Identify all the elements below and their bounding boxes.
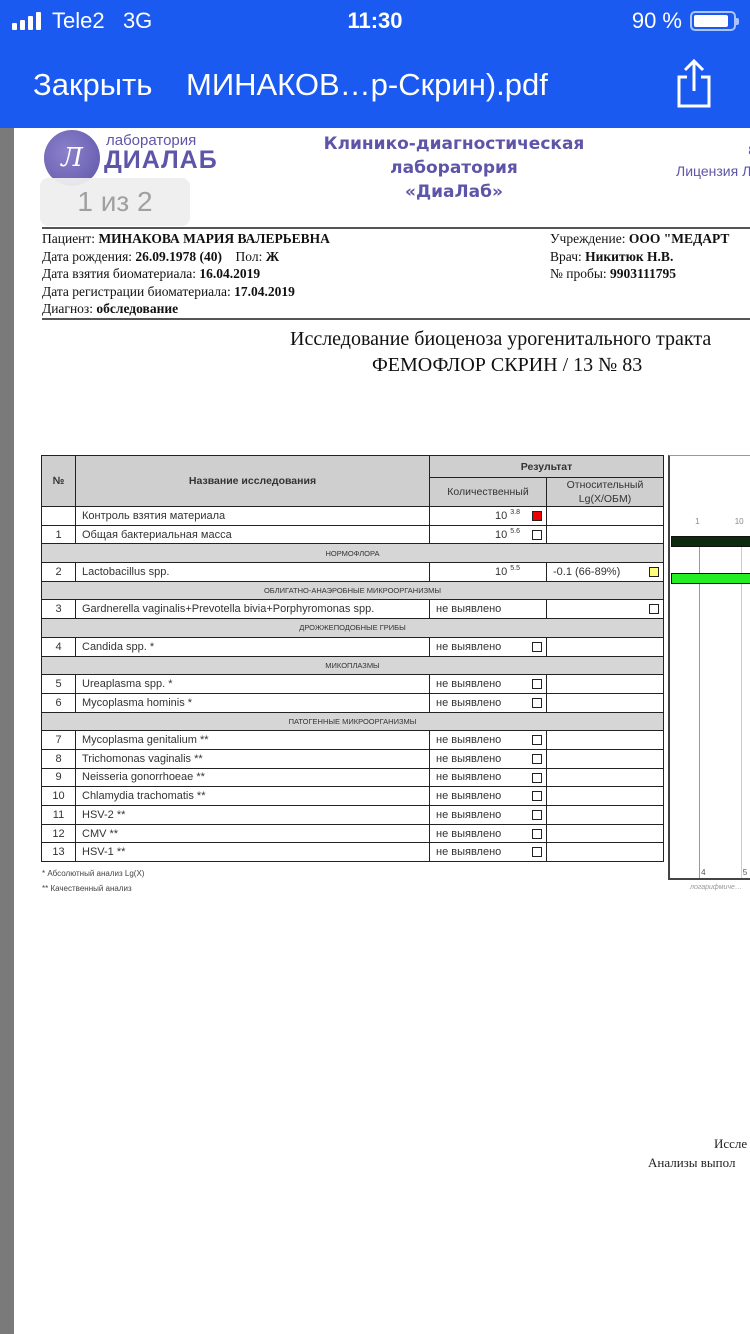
page-indicator: 1 из 2 [40, 178, 190, 226]
viewer-gutter [0, 128, 14, 1334]
patient-info: Пациент: МИНАКОВА МАРИЯ ВАЛЕРЬЕВНА Дата … [42, 230, 330, 318]
section-title: НОРМОФЛОРА [42, 544, 664, 563]
row-number: 7 [42, 731, 76, 750]
relative-result [547, 787, 664, 806]
document-title: МИНАКОВ…р-Скрин).pdf [186, 67, 548, 103]
section-header: ОБЛИГАТНО-АНАЭРОБНЫЕ МИКРООРГАНИЗМЫ [42, 581, 664, 600]
section-header: НОРМОФЛОРА [42, 544, 664, 563]
test-name: HSV-1 ** [76, 843, 430, 862]
nav-bar: Закрыть МИНАКОВ…р-Скрин).pdf [0, 55, 750, 115]
chart-bar [671, 536, 750, 547]
quantitative-result: не выявлено [430, 693, 547, 712]
logo-title: ДИАЛАБ [104, 146, 218, 175]
table-row: 8Trichomonas vaginalis **не выявлено [42, 749, 664, 768]
table-row: 1Общая бактериальная масса10 5.6 [42, 525, 664, 544]
chart-bar [671, 573, 750, 584]
section-title: ДРОЖЖЕПОДОБНЫЕ ГРИБЫ [42, 619, 664, 638]
test-name: Mycoplasma genitalium ** [76, 731, 430, 750]
result-marker-icon [532, 679, 542, 689]
relative-result [547, 507, 664, 526]
lab-name: Клинико-диагностическая лаборатория «Диа… [284, 132, 624, 204]
quantitative-result: 10 5.6 [430, 525, 547, 544]
quantitative-result: не выявлено [430, 806, 547, 825]
share-icon[interactable] [674, 59, 714, 109]
result-marker-icon [532, 530, 542, 540]
result-marker-icon [532, 773, 542, 783]
relative-result [547, 843, 664, 862]
table-row: 2Lactobacillus spp.10 5.5-0.1 (66-89%) [42, 563, 664, 582]
col-relative: Относительный Lg(X/ОБМ) [547, 478, 664, 507]
chart-gridline [741, 538, 742, 880]
test-name: HSV-2 ** [76, 806, 430, 825]
divider [42, 227, 750, 229]
table-row: Контроль взятия материала10 3.8 [42, 507, 664, 526]
chart-axis [670, 878, 750, 880]
result-marker-icon [532, 642, 542, 652]
table-row: 9Neisseria gonorrhoeae **не выявлено [42, 768, 664, 787]
section-header: ПАТОГЕННЫЕ МИКРООРГАНИЗМЫ [42, 712, 664, 731]
section-header: МИКОПЛАЗМЫ [42, 656, 664, 675]
row-number: 13 [42, 843, 76, 862]
row-number: 3 [42, 600, 76, 619]
study-subtitle: ФЕМОФЛОР СКРИН / 13 № 83 [372, 354, 642, 377]
quantitative-result: не выявлено [430, 768, 547, 787]
quantitative-result: 10 5.5 [430, 563, 547, 582]
top-bar: Tele2 3G 11:30 90 % Закрыть МИНАКОВ…р-Ск… [0, 0, 750, 128]
quantitative-result: не выявлено [430, 600, 547, 619]
result-marker-icon [532, 829, 542, 839]
relative-result [547, 637, 664, 656]
test-name: Ureaplasma spp. * [76, 675, 430, 694]
test-name: CMV ** [76, 824, 430, 843]
row-number: 12 [42, 824, 76, 843]
table-row: 4Candida spp. *не выявлено [42, 637, 664, 656]
relative-result [547, 806, 664, 825]
test-name: Candida spp. * [76, 637, 430, 656]
row-number: 11 [42, 806, 76, 825]
row-number: 5 [42, 675, 76, 694]
result-marker-icon [532, 754, 542, 764]
table-row: 3Gardnerella vaginalis+Prevotella bivia+… [42, 600, 664, 619]
table-row: 10Chlamydia trachomatis **не выявлено [42, 787, 664, 806]
close-button[interactable]: Закрыть [33, 67, 152, 103]
row-number: 9 [42, 768, 76, 787]
chart-axis-tick-label: 4 [701, 868, 705, 877]
quantitative-result: не выявлено [430, 675, 547, 694]
row-number [42, 507, 76, 526]
relative-result [547, 675, 664, 694]
test-name: Mycoplasma hominis * [76, 693, 430, 712]
footnote-qualitative: ** Качественный анализ [42, 884, 132, 893]
result-marker-icon [649, 567, 659, 577]
result-marker-icon [649, 604, 659, 614]
relative-result [547, 525, 664, 544]
result-marker-icon [532, 511, 542, 521]
result-marker-icon [532, 735, 542, 745]
quantitative-result: не выявлено [430, 731, 547, 750]
row-number: 8 [42, 749, 76, 768]
col-no: № [42, 456, 76, 507]
quantitative-result: не выявлено [430, 843, 547, 862]
test-name: Общая бактериальная масса [76, 525, 430, 544]
footer-line-1: Иссле [714, 1136, 747, 1152]
relative-result: -0.1 (66-89%) [547, 563, 664, 582]
quantitative-result: не выявлено [430, 749, 547, 768]
result-marker-icon [532, 847, 542, 857]
section-title: ПАТОГЕННЫЕ МИКРООРГАНИЗМЫ [42, 712, 664, 731]
quantitative-result: не выявлено [430, 787, 547, 806]
col-result: Результат [430, 456, 664, 478]
test-name: Trichomonas vaginalis ** [76, 749, 430, 768]
relative-result [547, 824, 664, 843]
section-header: ДРОЖЖЕПОДОБНЫЕ ГРИБЫ [42, 619, 664, 638]
col-quantitative: Количественный [430, 478, 547, 507]
battery-icon [690, 11, 736, 31]
test-name: Chlamydia trachomatis ** [76, 787, 430, 806]
relative-result [547, 600, 664, 619]
chart-tick-label: 1 [695, 517, 699, 526]
test-name: Neisseria gonorrhoeae ** [76, 768, 430, 787]
relative-result [547, 693, 664, 712]
section-title: ОБЛИГАТНО-АНАЭРОБНЫЕ МИКРООРГАНИЗМЫ [42, 581, 664, 600]
result-marker-icon [532, 791, 542, 801]
results-table: № Название исследования Результат Количе… [41, 455, 664, 862]
table-row: 12CMV **не выявлено [42, 824, 664, 843]
footer-line-2: Анализы выпол [648, 1155, 735, 1171]
study-title: Исследование биоценоза урогенитального т… [290, 328, 711, 351]
col-name: Название исследования [76, 456, 430, 507]
table-row: 5Ureaplasma spp. *не выявлено [42, 675, 664, 694]
row-number: 6 [42, 693, 76, 712]
section-title: МИКОПЛАЗМЫ [42, 656, 664, 675]
test-name: Lactobacillus spp. [76, 563, 430, 582]
log-chart: 110100 [668, 455, 750, 880]
chart-gridline [699, 538, 700, 880]
row-number: 4 [42, 637, 76, 656]
row-number: 10 [42, 787, 76, 806]
test-name: Контроль взятия материала [76, 507, 430, 526]
test-name: Gardnerella vaginalis+Prevotella bivia+P… [76, 600, 430, 619]
quantitative-result: не выявлено [430, 637, 547, 656]
table-row: 6Mycoplasma hominis *не выявлено [42, 693, 664, 712]
divider [42, 318, 750, 320]
row-number: 2 [42, 563, 76, 582]
result-marker-icon [532, 810, 542, 820]
battery-percent: 90 % [632, 8, 682, 34]
lab-license: Лицензия Л [676, 163, 750, 179]
institution-info: Учреждение: ООО "МЕДАРТ Врач: Никитюк Н.… [550, 230, 729, 283]
chart-tick-label: 10 [735, 517, 744, 526]
row-number: 1 [42, 525, 76, 544]
chart-axis-tick-label: 5 [743, 868, 747, 877]
quantitative-result: не выявлено [430, 824, 547, 843]
table-row: 7Mycoplasma genitalium **не выявлено [42, 731, 664, 750]
footnote-absolute: * Абсолютный анализ Lg(X) [42, 869, 144, 878]
relative-result [547, 768, 664, 787]
pdf-page[interactable]: Л лаборатория ДИАЛАБ Клинико-диагностиче… [14, 128, 750, 1334]
relative-result [547, 731, 664, 750]
result-marker-icon [532, 698, 542, 708]
relative-result [547, 749, 664, 768]
table-row: 11HSV-2 **не выявлено [42, 806, 664, 825]
chart-axis-title: логарифмиче… [690, 884, 742, 891]
table-row: 13HSV-1 **не выявлено [42, 843, 664, 862]
quantitative-result: 10 3.8 [430, 507, 547, 526]
status-bar: Tele2 3G 11:30 90 % [0, 0, 750, 40]
